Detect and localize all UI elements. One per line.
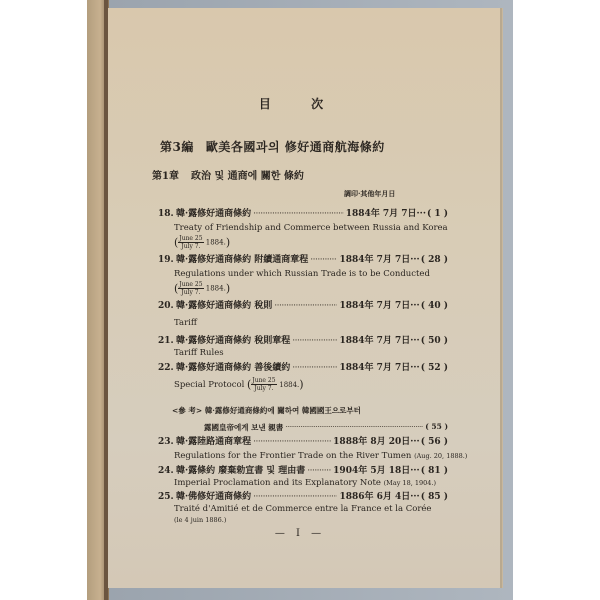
- leader-dots: [253, 209, 344, 219]
- entry-page: ( 56 ): [421, 437, 448, 447]
- leader-dots: [285, 422, 423, 433]
- entry-page: ( 40 ): [421, 301, 448, 311]
- leader-dots: [253, 437, 331, 447]
- chapter-label: 第1章: [152, 171, 179, 182]
- entry-page: ( 28 ): [421, 255, 448, 265]
- leader-dots: [292, 363, 337, 373]
- chapter-title: 政治 및 通商에 關한 條約: [191, 171, 304, 182]
- toc-entry-19: 19. 韓·露修好通商條約 附續通商章程 1884年 7月 7日 ···( 28…: [158, 252, 448, 296]
- toc-entry-18: 18. 韓·露修好通商條約 1884年 7月 7日 ···( 1 ) Treat…: [158, 206, 448, 250]
- entry-date: 1888年 8月 20日: [333, 434, 410, 447]
- leader-dots: [310, 255, 337, 265]
- reference-label: <參 考>: [172, 406, 202, 415]
- date-column-header: 調印·其他年月日: [344, 189, 395, 199]
- entry-number: 21.: [158, 336, 176, 346]
- toc-entry-22: 22. 韓·露修好通商條約 善後續約 1884年 7月 7日 ···( 52 )…: [158, 360, 448, 392]
- entry-title: 韓·露修好通商條約 附續通商章程: [176, 252, 308, 265]
- entry-page: ( 85 ): [421, 492, 448, 502]
- toc-entry-23: 23. 韓·露陸路通商章程 1888年 8月 20日 ···( 56 ) Reg…: [158, 434, 448, 461]
- entry-date-note: (le 4 juin 1886.): [174, 516, 448, 524]
- entry-english-title: Tariff: [174, 318, 448, 328]
- leader-dots: [253, 492, 337, 502]
- toc-title: 目 次: [0, 95, 600, 112]
- leader-dots: [307, 466, 331, 476]
- reference-note: <參 考> 韓·露修好通商條約에 關하여 韓國國王으로부터 露國皇帝에게 보낸 …: [172, 405, 448, 433]
- entry-english-title: Traité d'Amitié et de Commerce entre la …: [174, 504, 448, 514]
- leader-dots: [292, 336, 337, 346]
- part-heading: 第3編歐美各國과의 修好通商航海條約: [160, 138, 397, 155]
- entry-title: 韓·露陸路通商章程: [176, 434, 251, 447]
- entry-title: 韓·露修好通商條約 善後續約: [176, 360, 290, 373]
- entry-title: 韓·佛修好通商條約: [176, 489, 251, 502]
- leader-dots: [274, 301, 337, 311]
- toc-entry-25: 25. 韓·佛修好通商條約 1886年 6月 4日 ···( 85 ) Trai…: [158, 489, 448, 524]
- toc-entry-20: 20. 韓·露修好通商條約 稅則 1884年 7月 7日 ···( 40 ) T…: [158, 298, 448, 328]
- entry-title: 韓·露修好通商條約 稅則章程: [176, 333, 290, 346]
- toc-entry-24: 24. 韓·露條約 廢棄勅宣書 및 理由書 1904年 5月 18日 ···( …: [158, 463, 448, 488]
- reference-page: ( 55 ): [425, 422, 448, 433]
- entry-number: 19.: [158, 255, 176, 265]
- entry-english-title: Regulations under which Russian Trade is…: [174, 269, 448, 279]
- entry-date-note: (June 25July 7. 1884.): [174, 235, 448, 250]
- reference-line-1: <參 考> 韓·露修好通商條約에 關하여 韓國國王으로부터: [172, 405, 448, 416]
- entry-date: 1884年 7月 7日: [339, 333, 410, 346]
- entry-english-title: Tariff Rules: [174, 348, 448, 358]
- toc-entry-21: 21. 韓·露修好通商條約 稅則章程 1884年 7月 7日 ···( 50 )…: [158, 333, 448, 358]
- entry-date: 1886年 6月 4日: [339, 489, 410, 502]
- entry-number: 22.: [158, 363, 176, 373]
- entry-page: ( 50 ): [421, 336, 448, 346]
- entry-number: 23.: [158, 437, 176, 447]
- entry-number: 24.: [158, 466, 176, 476]
- entry-date: 1884年 7月 7日: [346, 206, 417, 219]
- entry-english-title: Special Protocol (June 25July 7. 1884.): [174, 377, 448, 392]
- entry-date: 1884年 7月 7日: [339, 252, 410, 265]
- entry-date: 1884年 7月 7日: [339, 298, 410, 311]
- reference-line-2: 露國皇帝에게 보낸 親書 ( 55 ): [204, 422, 448, 433]
- page-number: — I —: [0, 528, 600, 539]
- entry-number: 25.: [158, 492, 176, 502]
- entry-date-note: (June 25July 7. 1884.): [174, 281, 448, 296]
- entry-title: 韓·露修好通商條約: [176, 206, 251, 219]
- entry-page: ( 81 ): [421, 466, 448, 476]
- entry-english-title: Regulations for the Frontier Trade on th…: [174, 451, 448, 461]
- entry-page: ( 52 ): [421, 363, 448, 373]
- entry-title: 韓·露修好通商條約 稅則: [176, 298, 272, 311]
- part-label: 第3編: [160, 140, 194, 154]
- chapter-heading: 第1章政治 및 通商에 關한 條約: [152, 167, 316, 182]
- entry-date: 1904年 5月 18日: [333, 463, 410, 476]
- entry-english-title: Treaty of Friendship and Commerce betwee…: [174, 223, 448, 233]
- entry-number: 20.: [158, 301, 176, 311]
- entry-date: 1884年 7月 7日: [339, 360, 410, 373]
- part-title: 歐美各國과의 修好通商航海條約: [206, 140, 385, 154]
- entry-number: 18.: [158, 209, 176, 219]
- entry-page: ( 1 ): [427, 209, 448, 219]
- entry-title: 韓·露條約 廢棄勅宣書 및 理由書: [176, 463, 305, 476]
- entry-english-title: Imperial Proclamation and its Explanator…: [174, 478, 448, 488]
